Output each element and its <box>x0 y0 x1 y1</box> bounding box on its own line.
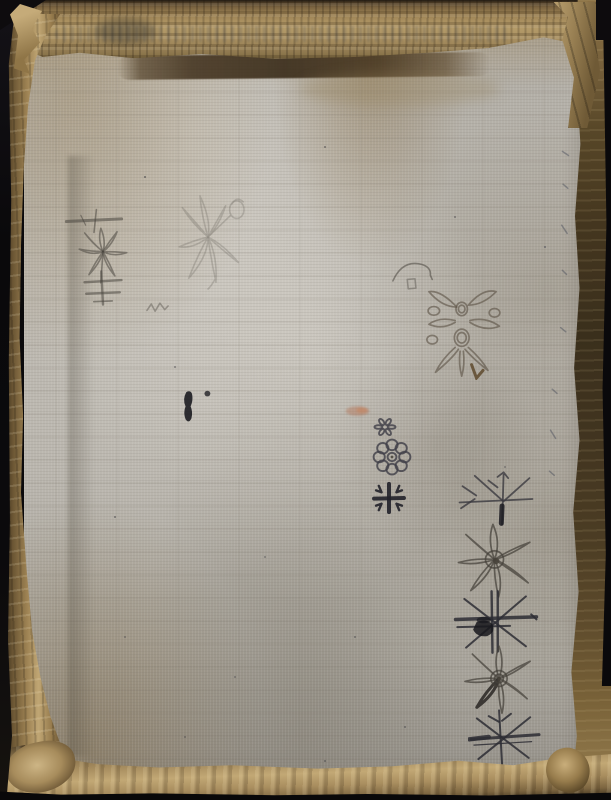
background-corner-top-right <box>596 0 611 40</box>
border-dark-blotch <box>95 18 155 44</box>
canvas-left-shadow <box>68 156 94 756</box>
brown-smudge <box>300 72 500 106</box>
linen-canvas <box>24 36 582 780</box>
canvas-back-photo <box>0 0 611 800</box>
canvas-weave-texture <box>24 36 582 780</box>
